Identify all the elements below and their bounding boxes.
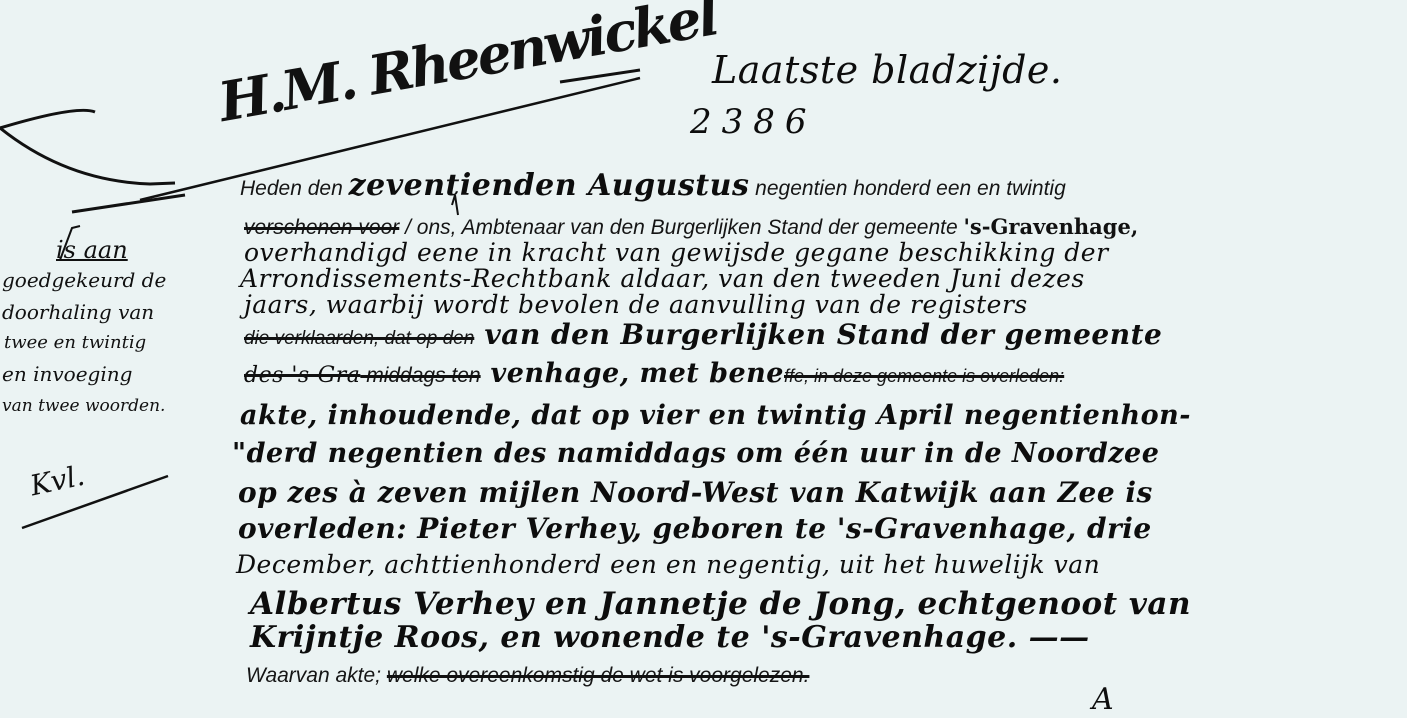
line-text: Arrondissements-Rechtbank aldaar, van de…: [240, 264, 1085, 293]
record-line-11: overleden: Pieter Verhey, geboren te 's-…: [238, 512, 1152, 545]
margin-note-line-4: twee en twintig: [4, 332, 146, 353]
record-line-5: jaars, waarbij wordt bevolen de aanvulli…: [244, 290, 1028, 319]
line-text: jaars, waarbij wordt bevolen de aanvulli…: [244, 290, 1028, 319]
margin-note-line-2: goedgekeurd de: [2, 268, 166, 292]
record-line-6: die verklaarden, dat op den van den Burg…: [244, 318, 1162, 351]
margin-note-initials: Kvl.: [27, 459, 87, 503]
line-text: "derd negentien des namiddags om één uur…: [232, 438, 1159, 469]
struck-text: middags ten: [360, 364, 480, 387]
line-text: 's-Gravenhage,: [964, 214, 1139, 239]
record-line-2: verschenen voor / ons, Ambtenaar van den…: [244, 214, 1138, 240]
line-text: Albertus Verhey en Jannetje de Jong, ech…: [250, 586, 1191, 622]
line-text: akte, inhoudende, dat op vier en twintig…: [240, 400, 1191, 431]
margin-note-line-3: doorhaling van: [2, 300, 154, 324]
record-line-12: December, achttienhonderd een en negenti…: [236, 550, 1100, 579]
line-text: venhage, met bene: [481, 358, 784, 389]
footer-mark: A: [1092, 682, 1114, 717]
struck-text: ffe, in deze gemeente is overleden:: [784, 366, 1064, 386]
line-text: op zes à zeven mijlen Noord-West van Kat…: [238, 476, 1153, 509]
struck-text: verschenen voor: [244, 216, 399, 239]
page-annotation: Laatste bladzijde.: [712, 48, 1062, 92]
registrar-signature: H.M. Rheenwickel: [214, 0, 721, 134]
record-line-13: Albertus Verhey en Jannetje de Jong, ech…: [250, 586, 1191, 622]
record-line-8: akte, inhoudende, dat op vier en twintig…: [240, 400, 1191, 431]
line-text: Krijntje Roos, en wonende te 's-Gravenha…: [250, 620, 1090, 655]
line-text: overleden: Pieter Verhey, geboren te 's-…: [238, 512, 1152, 545]
margin-note-line-5: en invoeging: [2, 362, 132, 386]
line-text: zeventienden Augustus: [349, 168, 750, 203]
record-line-14: Krijntje Roos, en wonende te 's-Gravenha…: [250, 620, 1090, 655]
line-text: December, achttienhonderd een en negenti…: [236, 550, 1100, 579]
line-text: negentien honderd een en twintig: [749, 177, 1065, 200]
record-line-9: "derd negentien des namiddags om één uur…: [232, 438, 1159, 469]
struck-text: welke overeenkomstig de wet is voorgelez…: [387, 664, 810, 687]
record-line-7: des 's-Gra middags ten venhage, met bene…: [244, 358, 1064, 389]
document-page: H.M. Rheenwickel Laatste bladzijde. 2386…: [0, 0, 1407, 718]
record-line-4: Arrondissements-Rechtbank aldaar, van de…: [240, 264, 1085, 293]
record-line-15: Waarvan akte; welke overeenkomstig de we…: [246, 664, 809, 688]
struck-text: die verklaarden, dat op den: [244, 328, 474, 349]
line-text: des 's-Gra: [244, 363, 360, 388]
line-text: overhandigd eene in kracht van gewijsde …: [244, 238, 1109, 267]
margin-note-line-1: is aan: [56, 236, 128, 264]
line-text: Heden den: [240, 177, 349, 200]
line-text: / ons, Ambtenaar van den Burgerlijken St…: [399, 216, 963, 239]
record-line-10: op zes à zeven mijlen Noord-West van Kat…: [238, 476, 1153, 509]
record-number: 2386: [690, 102, 817, 142]
record-line-1: Heden den zeventienden Augustus negentie…: [240, 168, 1066, 203]
record-line-3: overhandigd eene in kracht van gewijsde …: [244, 238, 1109, 267]
line-text: Waarvan akte;: [246, 664, 387, 687]
margin-note-line-6: van twee woorden.: [2, 396, 165, 416]
line-text: van den Burgerlijken Stand der gemeente: [474, 318, 1162, 351]
